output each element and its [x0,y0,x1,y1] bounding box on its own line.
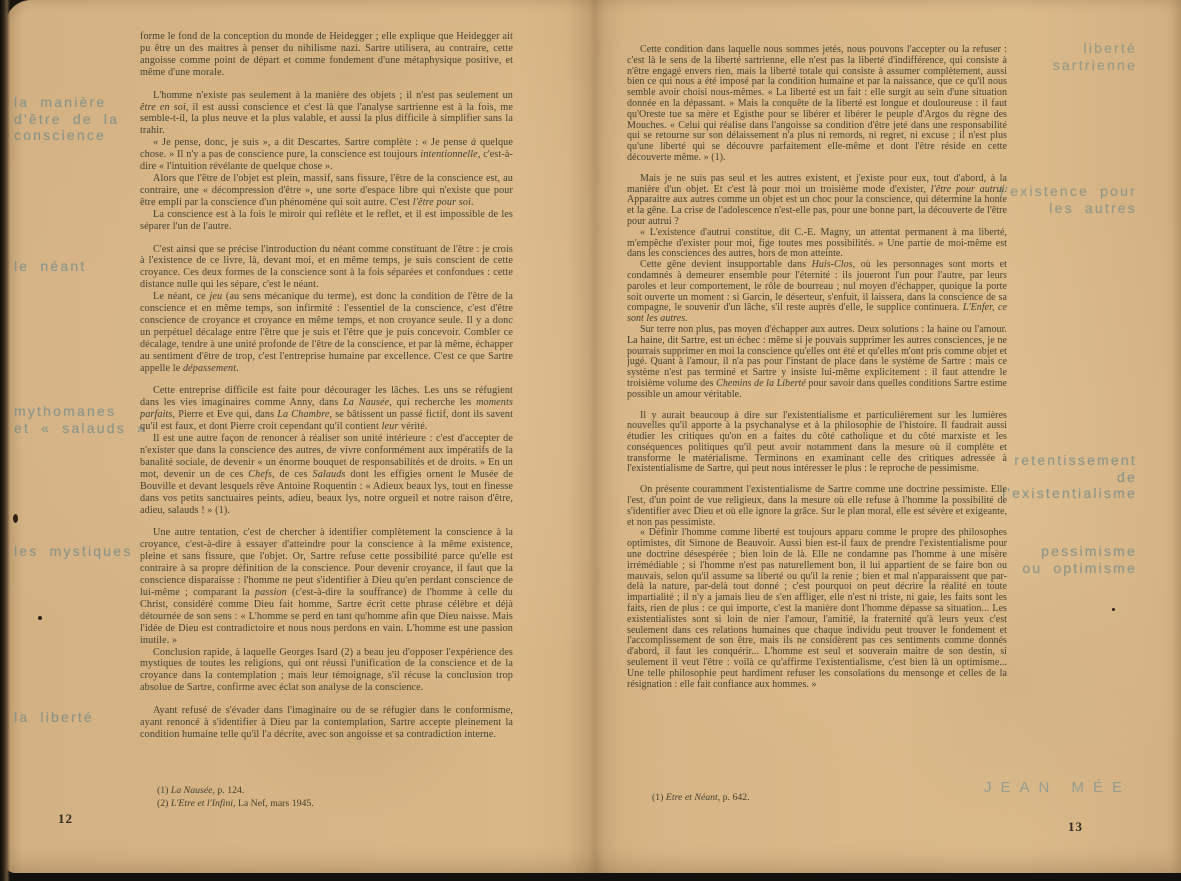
paragraph: Il est une autre façon de renoncer à réa… [140,433,513,516]
paragraph: Cette condition dans laquelle nous somme… [627,45,1007,164]
paragraph: Alors que l'être de l'objet est plein, m… [140,173,513,209]
margin-note-la-liberte: la liberté [14,709,94,726]
paragraph: Le néant, ce jeu (au sens mécanique du t… [140,291,513,374]
footnote: (1) La Nausée, p. 124. [157,785,314,798]
page-number: 12 [58,811,73,827]
footnote: (1) Etre et Néant, p. 642. [652,792,750,805]
margin-note-maniere-etre-conscience: la manière d'être de la conscience [14,94,119,144]
margin-note-mythomanes-salauds: mythomanes et « salauds » [14,403,147,436]
ink-speck [38,616,42,620]
paragraph: Cette gêne devient insupportable dans Hu… [627,260,1007,325]
margin-note-les-mystiques: les mystiques [14,543,132,560]
left-page-footnotes: (1) La Nausée, p. 124. (2) L'Etre et l'I… [157,785,314,810]
paragraph: Ayant refusé de s'évader dans l'imaginai… [140,705,513,741]
margin-note-liberte-sartrienne: liberté sartrienne [1053,40,1137,73]
paragraph: Mais je ne suis pas seul et les autres e… [627,174,1007,228]
paragraph: « Définir l'homme comme liberté est touj… [627,528,1007,690]
left-page-text-column: forme le fond de la conception du monde … [140,31,513,779]
right-page-text-column: Cette condition dans laquelle nous somme… [627,45,1007,817]
author-byline: JEAN MÉE [984,779,1131,796]
margin-note-le-neant: le néant [14,258,86,275]
paragraph: Une autre tentation, c'est de chercher à… [140,527,513,646]
footnote: (2) L'Etre et l'Infini, La Nef, mars 194… [157,798,314,811]
paragraph: Cette entreprise difficile est faite pou… [140,385,513,433]
ink-speck [1112,608,1115,611]
margin-note-existence-pour-les-autres: l'existence pour les autres [1000,183,1137,216]
paragraph: « L'existence d'autrui constitue, dit C.… [627,228,1007,260]
margin-note-retentissement-existentialisme: retentissement de l'existentialisme [1002,452,1137,502]
book-edge [0,0,10,881]
paragraph: C'est ainsi que se précise l'introductio… [140,244,513,292]
page-number: 13 [1068,819,1083,835]
paragraph: L'homme n'existe pas seulement à la mani… [140,90,513,138]
paragraph: On présente couramment l'existentialisme… [627,485,1007,528]
paragraph: Conclusion rapide, à laquelle Georges Is… [140,647,513,695]
paragraph: La conscience est à la fois le miroir qu… [140,209,513,233]
page-gutter-fold [566,0,622,873]
paragraph: forme le fond de la conception du monde … [140,31,513,79]
paragraph: « Je pense, donc, je suis », a dit Desca… [140,137,513,173]
margin-note-pessimisme-ou-optimisme: pessimisme ou optimisme [1022,543,1137,576]
paragraph: Sur terre non plus, pas moyen d'échapper… [627,325,1007,401]
paragraph: Il y aurait beaucoup à dire sur l'existe… [627,411,1007,476]
ink-speck [13,514,18,523]
right-page-footnotes: (1) Etre et Néant, p. 642. [652,792,750,805]
